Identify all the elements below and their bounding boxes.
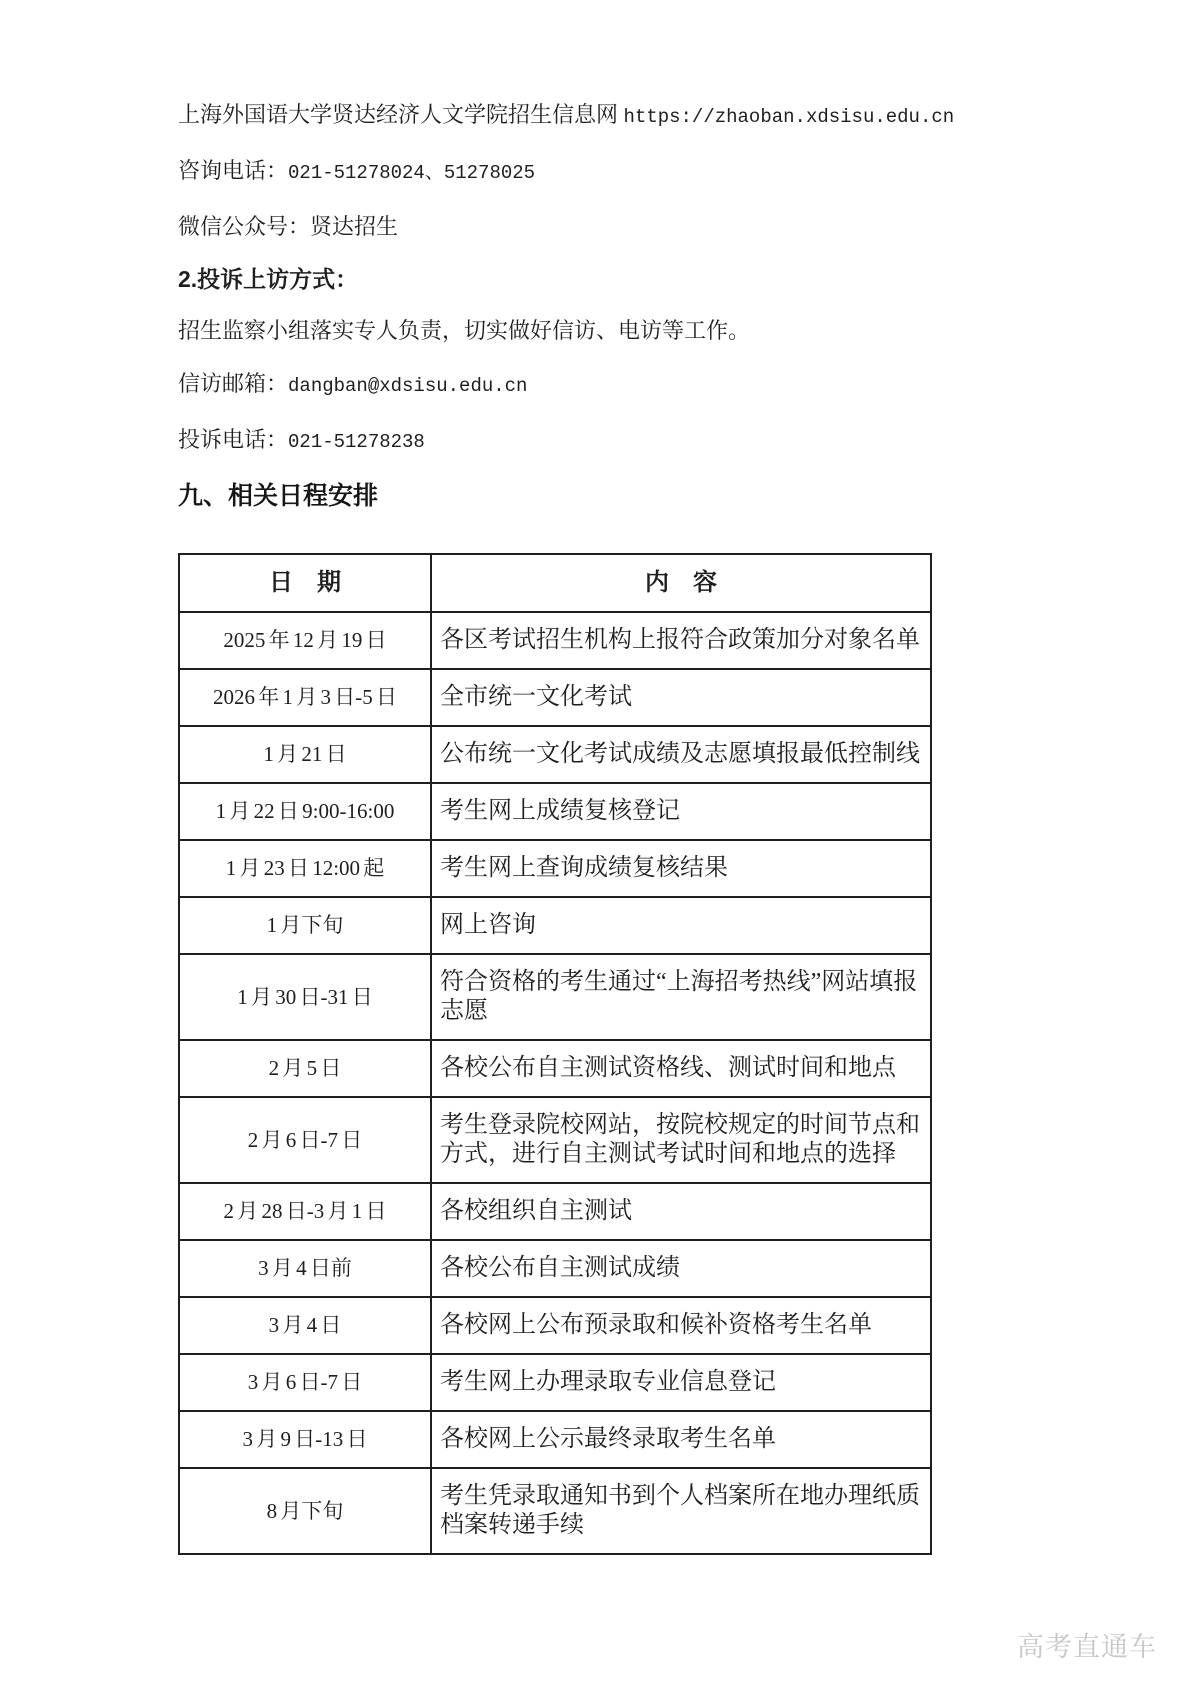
date-cell: 3 月 4 日 (179, 1297, 431, 1354)
content-cell: 各校网上公示最终录取考生名单 (431, 1411, 931, 1468)
table-row: 2026 年 1 月 3 日-5 日全市统一文化考试 (179, 669, 931, 726)
content-cell: 各校组织自主测试 (431, 1183, 931, 1240)
table-row: 1 月 22 日 9:00-16:00考生网上成绩复核登记 (179, 783, 931, 840)
petition-email-label: 信访邮箱： (178, 371, 288, 396)
table-header-row: 日 期 内 容 (179, 554, 931, 612)
table-row: 2 月 28 日-3 月 1 日各校组织自主测试 (179, 1183, 931, 1240)
content-cell: 考生网上查询成绩复核结果 (431, 840, 931, 897)
admissions-website-line: 上海外国语大学贤达经济人文学院招生信息网 https://zhaoban.xds… (178, 100, 930, 132)
content-cell: 各校网上公布预录取和候补资格考生名单 (431, 1297, 931, 1354)
table-row: 2 月 5 日各校公布自主测试资格线、测试时间和地点 (179, 1040, 931, 1097)
content-cell: 考生网上成绩复核登记 (431, 783, 931, 840)
table-row: 1 月下旬网上咨询 (179, 897, 931, 954)
schedule-section-heading: 九、相关日程安排 (178, 481, 930, 511)
date-cell: 1 月 22 日 9:00-16:00 (179, 783, 431, 840)
supervision-note-line: 招生监察小组落实专人负责，切实做好信访、电访等工作。 (178, 316, 930, 345)
wechat-line: 微信公众号：贤达招生 (178, 212, 930, 241)
watermark-text: 高考直通车 (1017, 1625, 1157, 1664)
date-cell: 2025 年 12 月 19 日 (179, 612, 431, 669)
petition-email-line: 信访邮箱：dangban@xdsisu.edu.cn (178, 369, 930, 401)
complaint-phone-number: 021-51278238 (288, 431, 425, 453)
table-row: 3 月 4 日各校网上公布预录取和候补资格考生名单 (179, 1297, 931, 1354)
consult-phone-line: 咨询电话：021-51278024、51278025 (178, 156, 930, 188)
content-cell: 全市统一文化考试 (431, 669, 931, 726)
document-content: 上海外国语大学贤达经济人文学院招生信息网 https://zhaoban.xds… (178, 100, 930, 1555)
content-cell: 考生登录院校网站，按院校规定的时间节点和方式，进行自主测试考试时间和地点的选择 (431, 1097, 931, 1183)
table-row: 2 月 6 日-7 日考生登录院校网站，按院校规定的时间节点和方式，进行自主测试… (179, 1097, 931, 1183)
date-cell: 2026 年 1 月 3 日-5 日 (179, 669, 431, 726)
table-row: 3 月 4 日前各校公布自主测试成绩 (179, 1240, 931, 1297)
date-cell: 2 月 5 日 (179, 1040, 431, 1097)
table-row: 8 月下旬考生凭录取通知书到个人档案所在地办理纸质档案转递手续 (179, 1468, 931, 1554)
date-cell: 1 月 30 日-31 日 (179, 954, 431, 1040)
document-page: 上海外国语大学贤达经济人文学院招生信息网 https://zhaoban.xds… (0, 0, 1191, 1684)
date-cell: 8 月下旬 (179, 1468, 431, 1554)
content-cell: 各校公布自主测试成绩 (431, 1240, 931, 1297)
date-cell: 1 月 23 日 12:00 起 (179, 840, 431, 897)
date-column-header: 日 期 (179, 554, 431, 612)
date-cell: 1 月 21 日 (179, 726, 431, 783)
website-label: 上海外国语大学贤达经济人文学院招生信息网 (178, 102, 624, 127)
table-row: 3 月 6 日-7 日考生网上办理录取专业信息登记 (179, 1354, 931, 1411)
complaint-phone-line: 投诉电话：021-51278238 (178, 425, 930, 457)
consult-phone-numbers: 021-51278024、51278025 (288, 162, 535, 184)
schedule-table: 日 期 内 容 2025 年 12 月 19 日各区考试招生机构上报符合政策加分… (178, 553, 932, 1555)
date-cell: 1 月下旬 (179, 897, 431, 954)
table-row: 2025 年 12 月 19 日各区考试招生机构上报符合政策加分对象名单 (179, 612, 931, 669)
table-row: 1 月 21 日公布统一文化考试成绩及志愿填报最低控制线 (179, 726, 931, 783)
wechat-label: 微信公众号： (178, 214, 310, 239)
wechat-account: 贤达招生 (310, 214, 398, 239)
website-url: https://zhaoban.xdsisu.edu.cn (624, 106, 955, 128)
content-cell: 各区考试招生机构上报符合政策加分对象名单 (431, 612, 931, 669)
complaint-phone-label: 投诉电话： (178, 427, 288, 452)
date-cell: 3 月 9 日-13 日 (179, 1411, 431, 1468)
date-cell: 2 月 6 日-7 日 (179, 1097, 431, 1183)
content-cell: 网上咨询 (431, 897, 931, 954)
content-column-header: 内 容 (431, 554, 931, 612)
date-cell: 2 月 28 日-3 月 1 日 (179, 1183, 431, 1240)
date-cell: 3 月 4 日前 (179, 1240, 431, 1297)
table-row: 1 月 30 日-31 日符合资格的考生通过“上海招考热线”网站填报志愿 (179, 954, 931, 1040)
content-cell: 考生凭录取通知书到个人档案所在地办理纸质档案转递手续 (431, 1468, 931, 1554)
complaint-method-heading: 2.投诉上访方式： (178, 265, 930, 294)
petition-email-address: dangban@xdsisu.edu.cn (288, 375, 527, 397)
date-cell: 3 月 6 日-7 日 (179, 1354, 431, 1411)
content-cell: 公布统一文化考试成绩及志愿填报最低控制线 (431, 726, 931, 783)
content-cell: 符合资格的考生通过“上海招考热线”网站填报志愿 (431, 954, 931, 1040)
consult-phone-label: 咨询电话： (178, 158, 288, 183)
table-row: 1 月 23 日 12:00 起考生网上查询成绩复核结果 (179, 840, 931, 897)
table-row: 3 月 9 日-13 日各校网上公示最终录取考生名单 (179, 1411, 931, 1468)
content-cell: 考生网上办理录取专业信息登记 (431, 1354, 931, 1411)
content-cell: 各校公布自主测试资格线、测试时间和地点 (431, 1040, 931, 1097)
